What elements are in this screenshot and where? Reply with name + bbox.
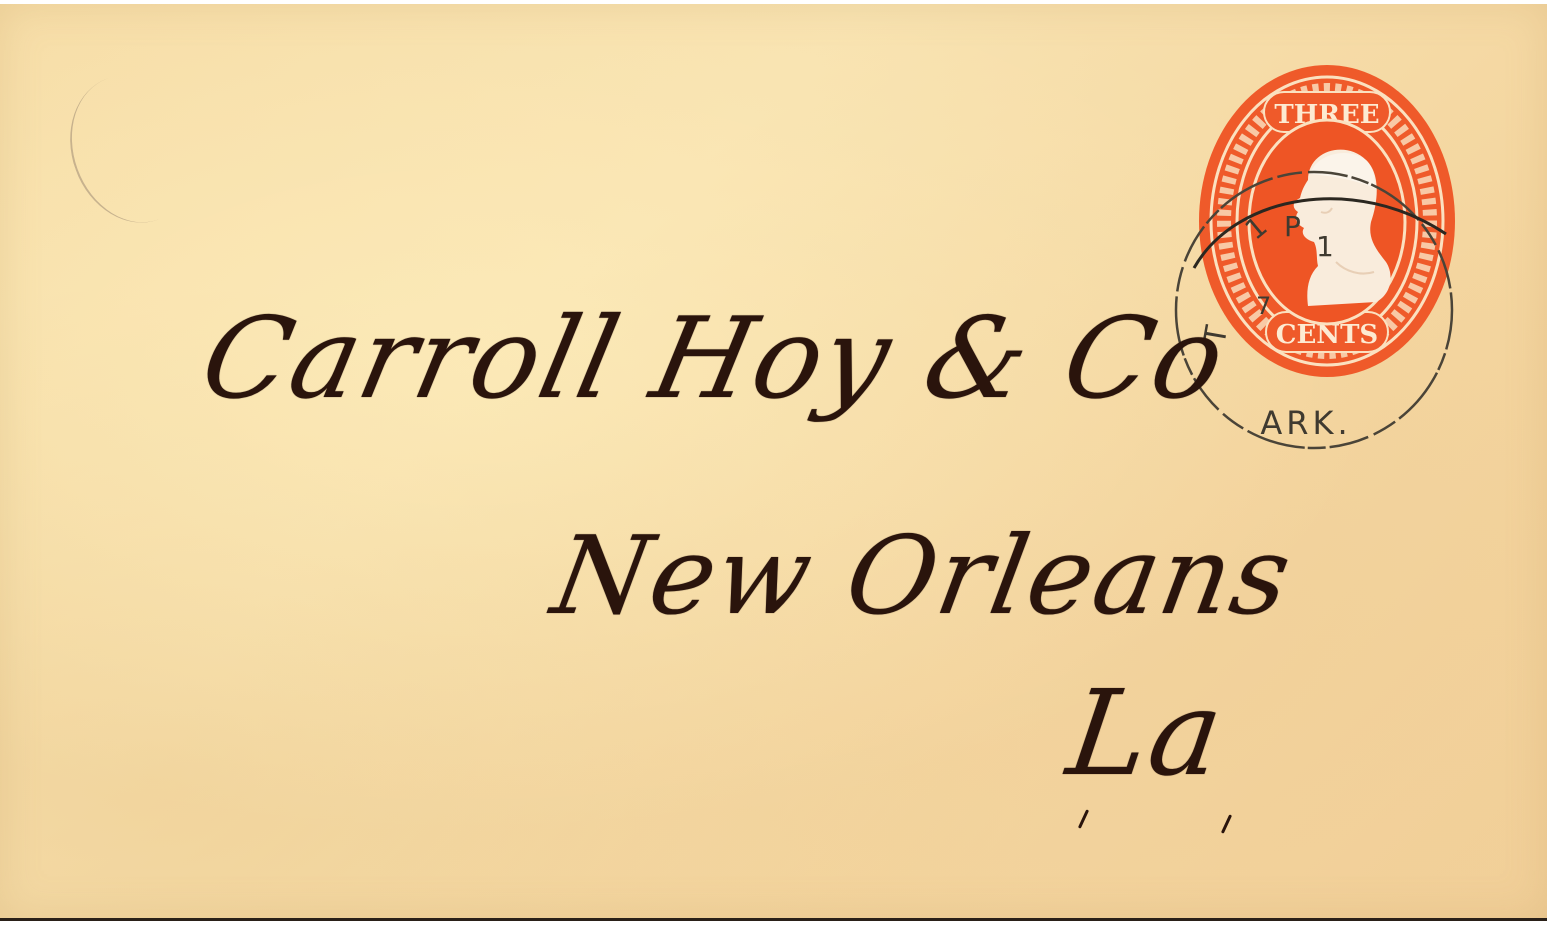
ink-mark xyxy=(1078,809,1089,828)
address-line-city: New Orleans xyxy=(544,514,1301,639)
postmark-fragment: 7 xyxy=(1256,292,1271,320)
address-line-state: La xyxy=(1060,664,1232,802)
address-line-recipient: Carroll Hoy & Co xyxy=(191,294,1237,424)
paper-crease xyxy=(50,58,216,241)
postmark-fragment: 1 xyxy=(1239,210,1274,247)
postmark-state: ARK. xyxy=(1260,404,1351,442)
ink-mark xyxy=(1221,814,1232,833)
envelope: THREE CENTS T 1 P 1 7 ARK. Carroll Hoy &… xyxy=(0,4,1547,921)
postmark-fragment: 1 xyxy=(1316,230,1334,263)
postmark-fragment: P xyxy=(1284,210,1301,243)
